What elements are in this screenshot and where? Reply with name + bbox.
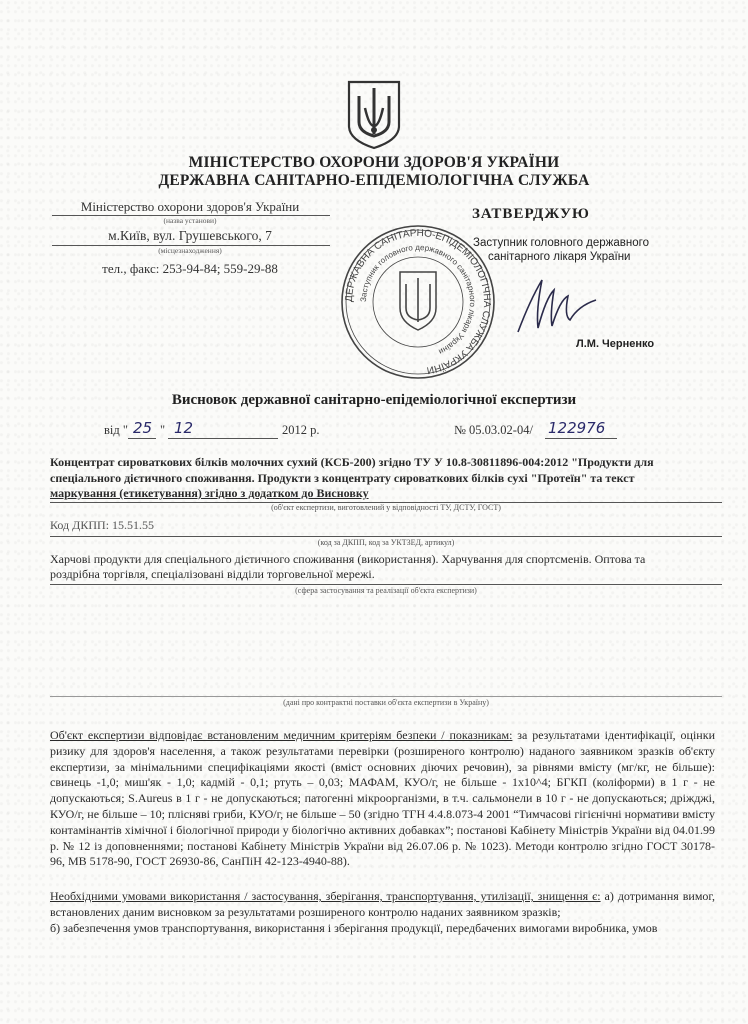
number-rule [545,438,617,439]
contract-caption: (дані про контрактні поставки об'єкта ек… [50,698,722,707]
institution-address: м.Київ, вул. Грушевського, 7 [60,228,320,244]
document-page: МІНІСТЕРСТВО ОХОРОНИ ЗДОРОВ'Я УКРАЇНИ ДЕ… [0,0,748,1024]
date-year: 2012 р. [282,423,320,438]
code-rule [50,536,722,537]
service-name: ДЕРЖАВНА САНІТАРНО-ЕПІДЕМІОЛОГІЧНА СЛУЖБ… [0,172,748,190]
scope-caption: (сфера застосування та реалізації об'єкт… [50,586,722,595]
institution-name-caption: (назва установи) [60,216,320,225]
institution-name: Міністерство охорони здоров'я України [60,199,320,215]
approval-position: Заступник головного державного санітарно… [473,236,649,264]
institution-phone: тел., факс: 253-94-84; 559-29-88 [60,261,320,277]
object-description: Концентрат сироваткових білків молочних … [50,455,715,502]
conditions-paragraph: Необхідними умовами використання / засто… [50,888,715,936]
date-prefix: від " [104,423,128,438]
code-caption: (код за ДКПП, код за УКТЗЕД, артикул) [50,538,722,547]
object-line-3: маркування (етикетування) згідно з додат… [50,486,715,502]
approval-heading: ЗАТВЕРДЖУЮ [472,206,590,223]
object-line-2: спеціального дієтичного споживання. Прод… [50,471,715,487]
scope-rule [50,584,722,585]
scope-line-1: Харчові продукти для спеціального дієтич… [50,552,715,567]
address-caption: (місцезнаходження) [60,246,320,255]
object-line-1: Концентрат сироваткових білків молочних … [50,455,715,471]
date-month: 12 [174,419,193,437]
month-rule [168,438,278,439]
coat-of-arms-icon [345,78,403,150]
official-stamp-icon: ДЕРЖАВНА САНІТАРНО-ЕПІДЕМІОЛОГІЧНА СЛУЖБ… [338,222,498,382]
number-prefix: № 05.03.02-04/ [454,423,533,438]
scope-line-2: роздрібна торгівля, спеціалізовані відді… [50,567,715,582]
compliance-lead: Об'єкт експертизи відповідає встановлени… [50,728,512,742]
day-rule [128,438,156,439]
date-separator: " [160,423,165,438]
ministry-name: МІНІСТЕРСТВО ОХОРОНИ ЗДОРОВ'Я УКРАЇНИ [0,154,748,172]
compliance-paragraph: Об'єкт експертизи відповідає встановлени… [50,728,715,870]
signer-name: Л.М. Черненко [576,338,654,350]
scope-text: Харчові продукти для спеціального дієтич… [50,552,715,582]
document-number: 122976 [548,419,605,437]
condition-b: б) забезпечення умов транспортування, ви… [50,920,715,936]
position-line-1: Заступник головного державного [473,236,649,250]
compliance-body: за результатами ідентифікації, оцінки ри… [50,728,715,868]
object-caption: (об'єкт експертизи, виготовлений у відпо… [50,503,722,512]
dkpp-code: Код ДКПП: 15.51.55 [50,517,715,533]
date-day: 25 [133,419,152,437]
document-title: Висновок державної санітарно-епідеміолог… [0,392,748,409]
conditions-lead: Необхідними умовами використання / засто… [50,889,601,903]
contract-rule [50,696,722,697]
position-line-2: санітарного лікаря України [473,250,649,264]
signature-icon [512,270,602,340]
